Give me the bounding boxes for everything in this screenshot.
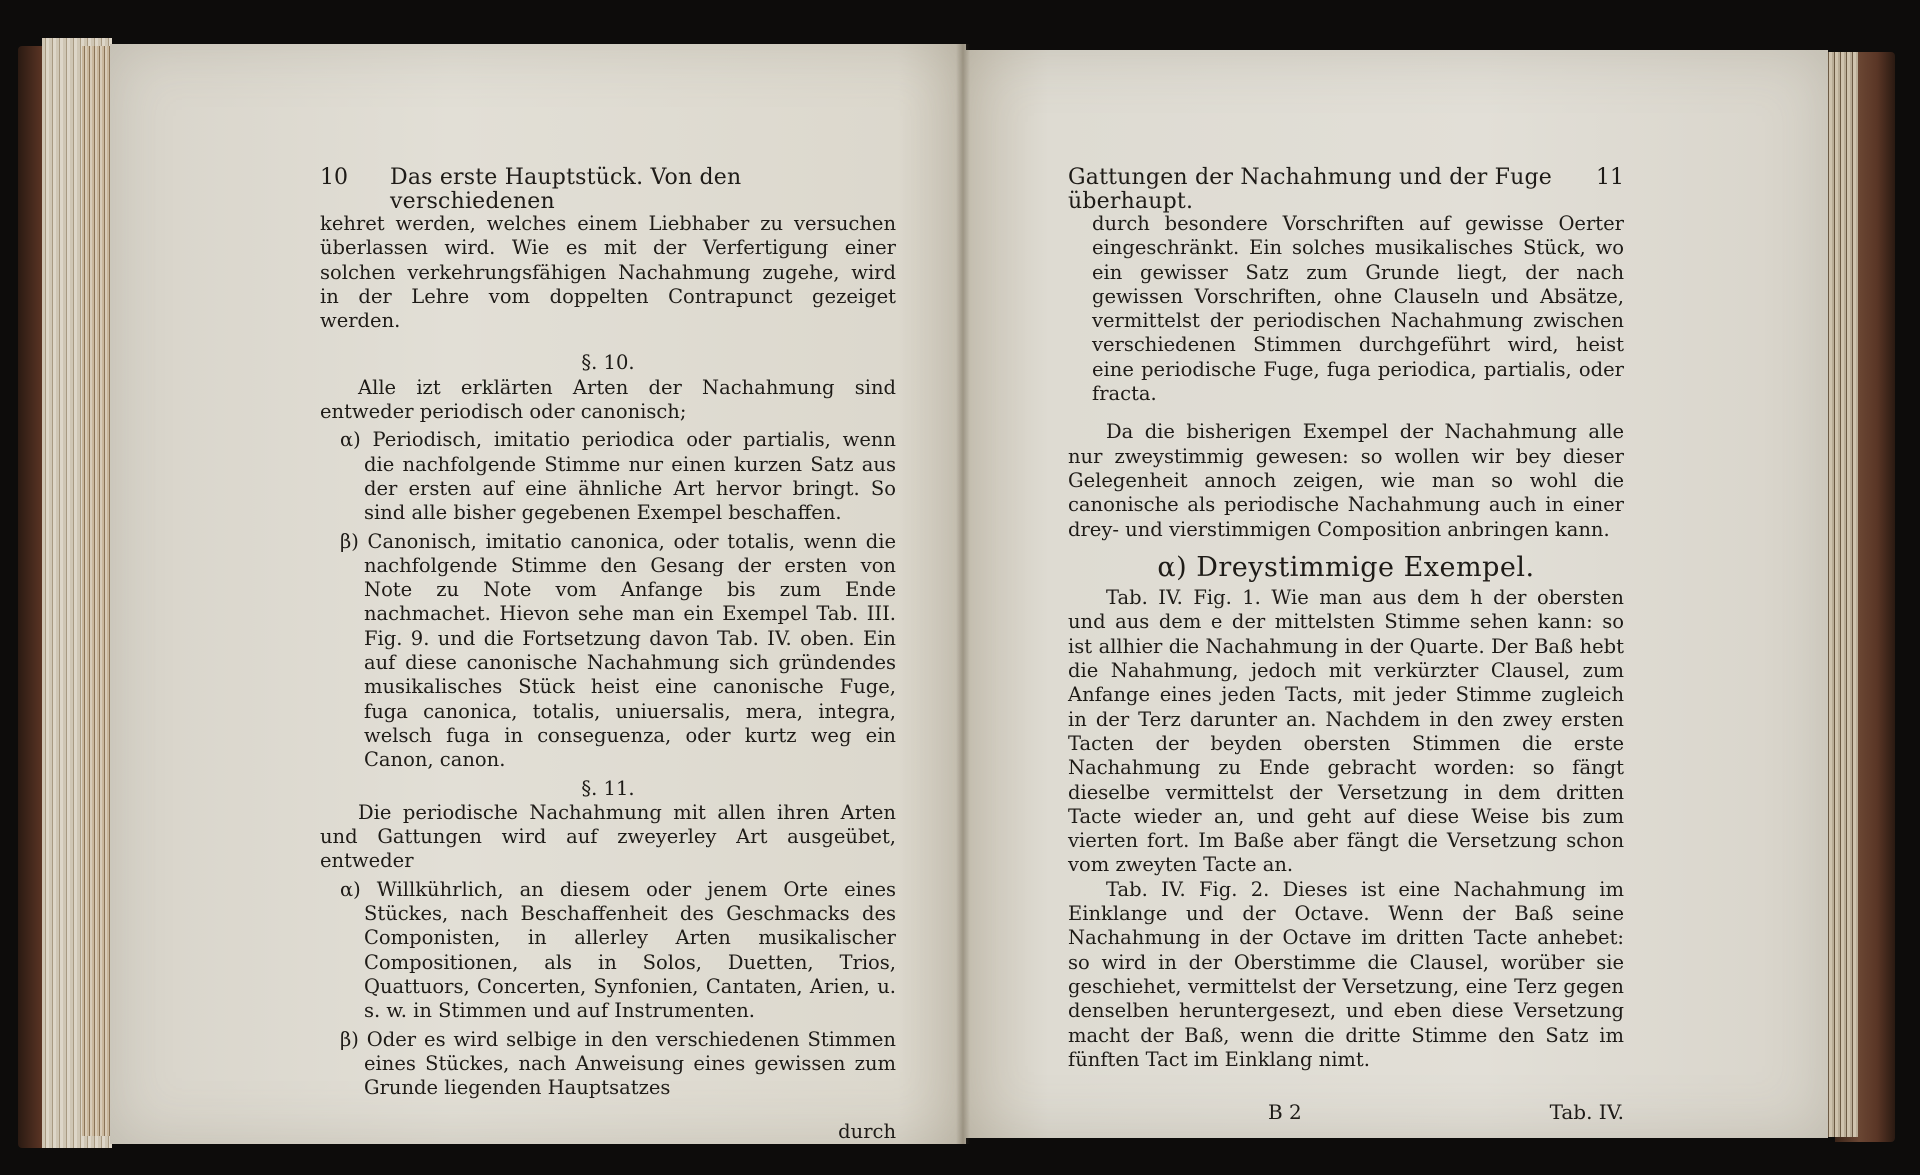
figure-2-paragraph: Tab. IV. Fig. 2. Dieses ist eine Nachahm… [1068,878,1624,1072]
page-footer: B 2 Tab. IV. [1068,1100,1624,1124]
running-head-title: Das erste Hauptstück. Von den verschiede… [348,166,896,215]
opening-paragraph: kehret werden, welches einem Liebhaber z… [320,212,896,333]
section-10-intro: Alle izt erklärten Arten der Nachahmung … [320,376,896,425]
section-heading-11: §. 11. [320,777,896,801]
running-head-left: 10 Das erste Hauptstück. Von den verschi… [320,166,896,196]
sub-heading: α) Dreystimmige Exempel. [1068,556,1624,580]
intro-paragraph: Da die bisherigen Exempel der Nachahmung… [1068,420,1624,541]
section-10-item-alpha: α) Periodisch, imitatio periodica oder p… [340,428,896,525]
continuation-paragraph: durch besondere Vorschriften auf gewisse… [1068,212,1624,406]
running-head-right: Gattungen der Nachahmung und der Fuge üb… [1068,166,1624,196]
section-11-item-alpha: α) Willkührlich, an diesem oder jenem Or… [340,878,896,1024]
section-heading-10: §. 10. [320,351,896,375]
running-head-title: Gattungen der Nachahmung und der Fuge üb… [1068,166,1596,215]
section-10-item-beta: β) Canonisch, imitatio canonica, oder to… [340,530,896,773]
book-gutter [956,44,970,1144]
page-number: 10 [320,166,348,190]
section-11-intro: Die periodische Nachahmung mit allen ihr… [320,801,896,874]
page-edges-left-inner [82,46,112,1136]
section-11-item-beta: β) Oder es wird selbige in den verschied… [340,1028,896,1101]
signature-mark: B 2 [1268,1100,1302,1124]
left-page-text: 10 Das erste Hauptstück. Von den verschi… [320,166,896,1164]
right-page-text: Gattungen der Nachahmung und der Fuge üb… [1068,166,1624,1124]
catchword-right: Tab. IV. [1550,1100,1624,1124]
catchword-left: durch [320,1120,896,1144]
figure-1-paragraph: Tab. IV. Fig. 1. Wie man aus dem h der o… [1068,586,1624,878]
page-edges-right [1826,52,1858,1137]
page-number: 11 [1596,166,1624,190]
